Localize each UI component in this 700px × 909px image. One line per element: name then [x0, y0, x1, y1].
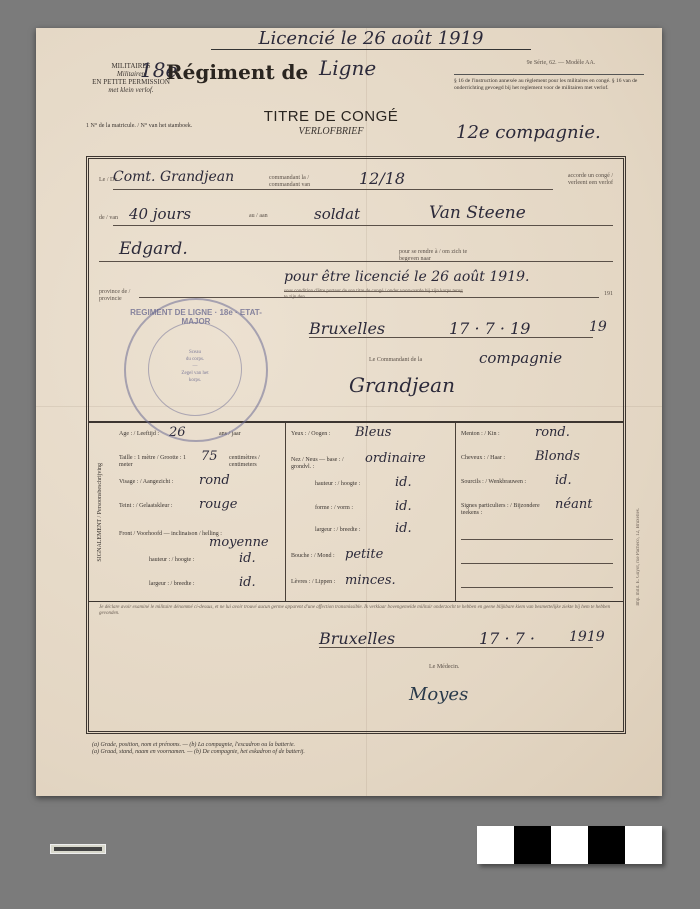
seal-line: du corps.: [169, 356, 221, 363]
complexion-label: Teint : / Gelaatskleur :: [119, 503, 189, 510]
nose-height-label: hauteur : / hoogte :: [315, 481, 360, 488]
footnotes: (a) Grade, position, nom et prénoms. — (…: [92, 742, 305, 756]
regiment-type: Ligne: [319, 56, 376, 80]
age-label: Age : / Leeftijd :: [119, 431, 159, 438]
fill-line: [99, 261, 613, 262]
series-model: 9e Série, 62. — Modèle AA.: [476, 60, 646, 67]
height-label: Taille : 1 mètre / Grootte : 1 meter: [119, 455, 199, 469]
firstname-line: Edgard. pour se rendre à / om zich te be…: [99, 239, 613, 265]
nose-base-value: ordinaire: [365, 451, 426, 466]
archive-reference-label: [50, 844, 106, 854]
fill-line: [139, 297, 599, 298]
chin-label: Menton : / Kin :: [461, 431, 500, 438]
document-title: TITRE DE CONGÉ: [226, 108, 436, 125]
printer-credit: Imp. milit. E. Guyot, rue Pachéco, 12, B…: [636, 508, 641, 606]
province-label: province de / provincie: [99, 289, 139, 303]
instruction-reference: § 16 de l'instruction annexée au règleme…: [454, 74, 644, 92]
blank-line: [461, 563, 613, 564]
issue-date: 17 · 7 · 19: [449, 319, 530, 338]
scale-segment-white: [551, 826, 588, 864]
seal-inner-ring: Sceau du corps. — Zegel van het korps.: [148, 322, 242, 416]
issue-place: Bruxelles: [309, 319, 385, 338]
category-line: met klein verlof.: [86, 86, 176, 94]
scale-segment-white: [477, 826, 514, 864]
commander-signature: Grandjean: [349, 373, 455, 397]
eyebrows-label: Sourcils : / Wenkbrauwen :: [461, 479, 531, 486]
description-column-2: Yeux : / Oogen : Bleus Nez / Neus — base…: [285, 423, 456, 601]
description-column-1: Age : / Leeftijd : 26 ans / jaar Taille …: [89, 423, 286, 601]
forehead-width-value: id.: [239, 575, 256, 590]
registry-number: 1 N° de la matricule. / N° van het stamb…: [86, 123, 192, 130]
to-label: au / aan: [249, 213, 268, 220]
leave-duration: 40 jours: [129, 205, 191, 223]
regiment-seal-stamp: REF-LABEL REGIMENT DE LIGNE · 18e · ETAT…: [124, 298, 268, 442]
eyes-label: Yeux : / Oogen :: [291, 431, 330, 438]
doctor-label: Le Médecin.: [429, 664, 459, 671]
soldier-firstname: Edgard.: [119, 239, 188, 259]
seal-center-text: Sceau du corps. — Zegel van het korps.: [169, 349, 221, 384]
commander-unit: compagnie: [479, 349, 562, 367]
nose-height-value: id.: [395, 475, 412, 490]
registry-number-value: 1: [86, 123, 89, 129]
color-scale-bar: [477, 826, 662, 864]
seal-line: Sceau: [169, 349, 221, 356]
hair-value: Blonds: [535, 449, 580, 464]
nose-width-value: id.: [395, 521, 412, 536]
nose-width-label: largeur : / breedte :: [315, 527, 361, 534]
commander-label: Le Commandant de la: [369, 357, 422, 364]
medical-place: Bruxelles: [319, 629, 395, 648]
leave-certificate-frame: Le / De Comt. Grandjean commandant la / …: [86, 156, 626, 734]
document-subtitle: VERLOFBRIEF: [226, 126, 436, 137]
blank-line: [461, 587, 613, 588]
registry-number-label: N° de la matricule. / N° van het stamboe…: [91, 123, 193, 129]
company-handwritten: 12e compagnie.: [456, 122, 601, 143]
nose-shape-label: forme : / vorm :: [315, 505, 353, 512]
prefix-label: de / van: [99, 215, 118, 222]
forehead-height-label: hauteur : / hoogte :: [149, 557, 194, 564]
condition-label: sous condition d'être porteur de son tit…: [284, 289, 464, 301]
document-sheet: Licencié le 26 août 1919 MILITAIRES Mili…: [36, 28, 662, 796]
footnote-nl: (a) Graad, stand, naam en voornamen. — (…: [92, 749, 305, 756]
forehead-slope-value: moyenne: [209, 535, 269, 550]
nose-base-label: Nez / Neus — base : / grondvl. :: [291, 457, 361, 471]
soldier-grade: soldat: [314, 205, 360, 223]
fill-line: [113, 189, 553, 190]
hair-label: Cheveux : / Haar :: [461, 455, 505, 462]
reference-label-bar: [54, 847, 102, 851]
eyes-value: Bleus: [355, 425, 391, 440]
soldier-line: de / van 40 jours au / aan soldat Van St…: [99, 203, 613, 229]
grants-leave-label: accorde un congé / verleent een verlof: [557, 173, 613, 187]
discharge-purpose: pour être licencié le 26 août 1919.: [284, 269, 529, 285]
commanding-label: commandant la / commandant van: [269, 175, 329, 189]
scale-segment-black: [514, 826, 551, 864]
medical-year: 1919: [569, 629, 605, 645]
face-label: Visage : / Aangezicht :: [119, 479, 179, 486]
lips-value: minces.: [345, 573, 396, 588]
medical-date: 17 · 7 ·: [479, 629, 535, 648]
seal-line: —: [169, 363, 221, 370]
year-suffix: 191: [604, 291, 613, 298]
footnote-fr: (a) Grade, position, nom et prénoms. — (…: [92, 742, 305, 749]
regiment-label: Régiment de: [166, 60, 308, 84]
unit-value: 12/18: [359, 169, 405, 188]
forehead-height-value: id.: [239, 551, 256, 566]
seal-line: korps.: [169, 377, 221, 384]
chin-value: rond.: [535, 425, 570, 440]
mouth-label: Bouche : / Mond :: [291, 553, 335, 560]
seal-line: Zegel van het: [169, 370, 221, 377]
face-value: rond: [199, 473, 230, 488]
issuer-name: Comt. Grandjean: [113, 169, 234, 185]
handwritten-discharge-note: Licencié le 26 août 1919: [211, 28, 531, 50]
scale-segment-white: [625, 826, 662, 864]
height-unit: centimètres / centimeters: [229, 455, 281, 469]
doctor-signature: Moyes: [409, 684, 468, 705]
scale-segment-black: [588, 826, 625, 864]
fill-line: [319, 647, 593, 648]
issue-year: 19: [589, 319, 607, 335]
nose-shape-value: id.: [395, 499, 412, 514]
mouth-value: petite: [345, 547, 383, 562]
medical-statement: Je déclare avoir examiné le militaire dé…: [99, 605, 613, 617]
lips-label: Lèvres : / Lippen :: [291, 579, 335, 586]
physical-description-grid: SIGNALEMENT / Persoonsbeschrijving Age :…: [89, 421, 623, 602]
soldier-surname: Van Steene: [429, 203, 526, 223]
fill-line: [113, 225, 613, 226]
height-value: 75: [201, 449, 218, 464]
distinguishing-marks-label: Signes particuliers : / Bijzondere teeke…: [461, 503, 541, 517]
complexion-value: rouge: [199, 497, 237, 512]
fill-line: [309, 337, 593, 338]
blank-line: [461, 539, 613, 540]
issuer-line: Le / De Comt. Grandjean commandant la / …: [99, 169, 613, 191]
eyebrows-value: id.: [555, 473, 572, 488]
forehead-width-label: largeur : / breedte :: [149, 581, 195, 588]
description-column-3: Menton : / Kin : rond. Cheveux : / Haar …: [455, 423, 619, 601]
distinguishing-marks-value: néant: [555, 497, 592, 512]
medical-place-date: Bruxelles 17 · 7 · 1919: [99, 629, 613, 659]
